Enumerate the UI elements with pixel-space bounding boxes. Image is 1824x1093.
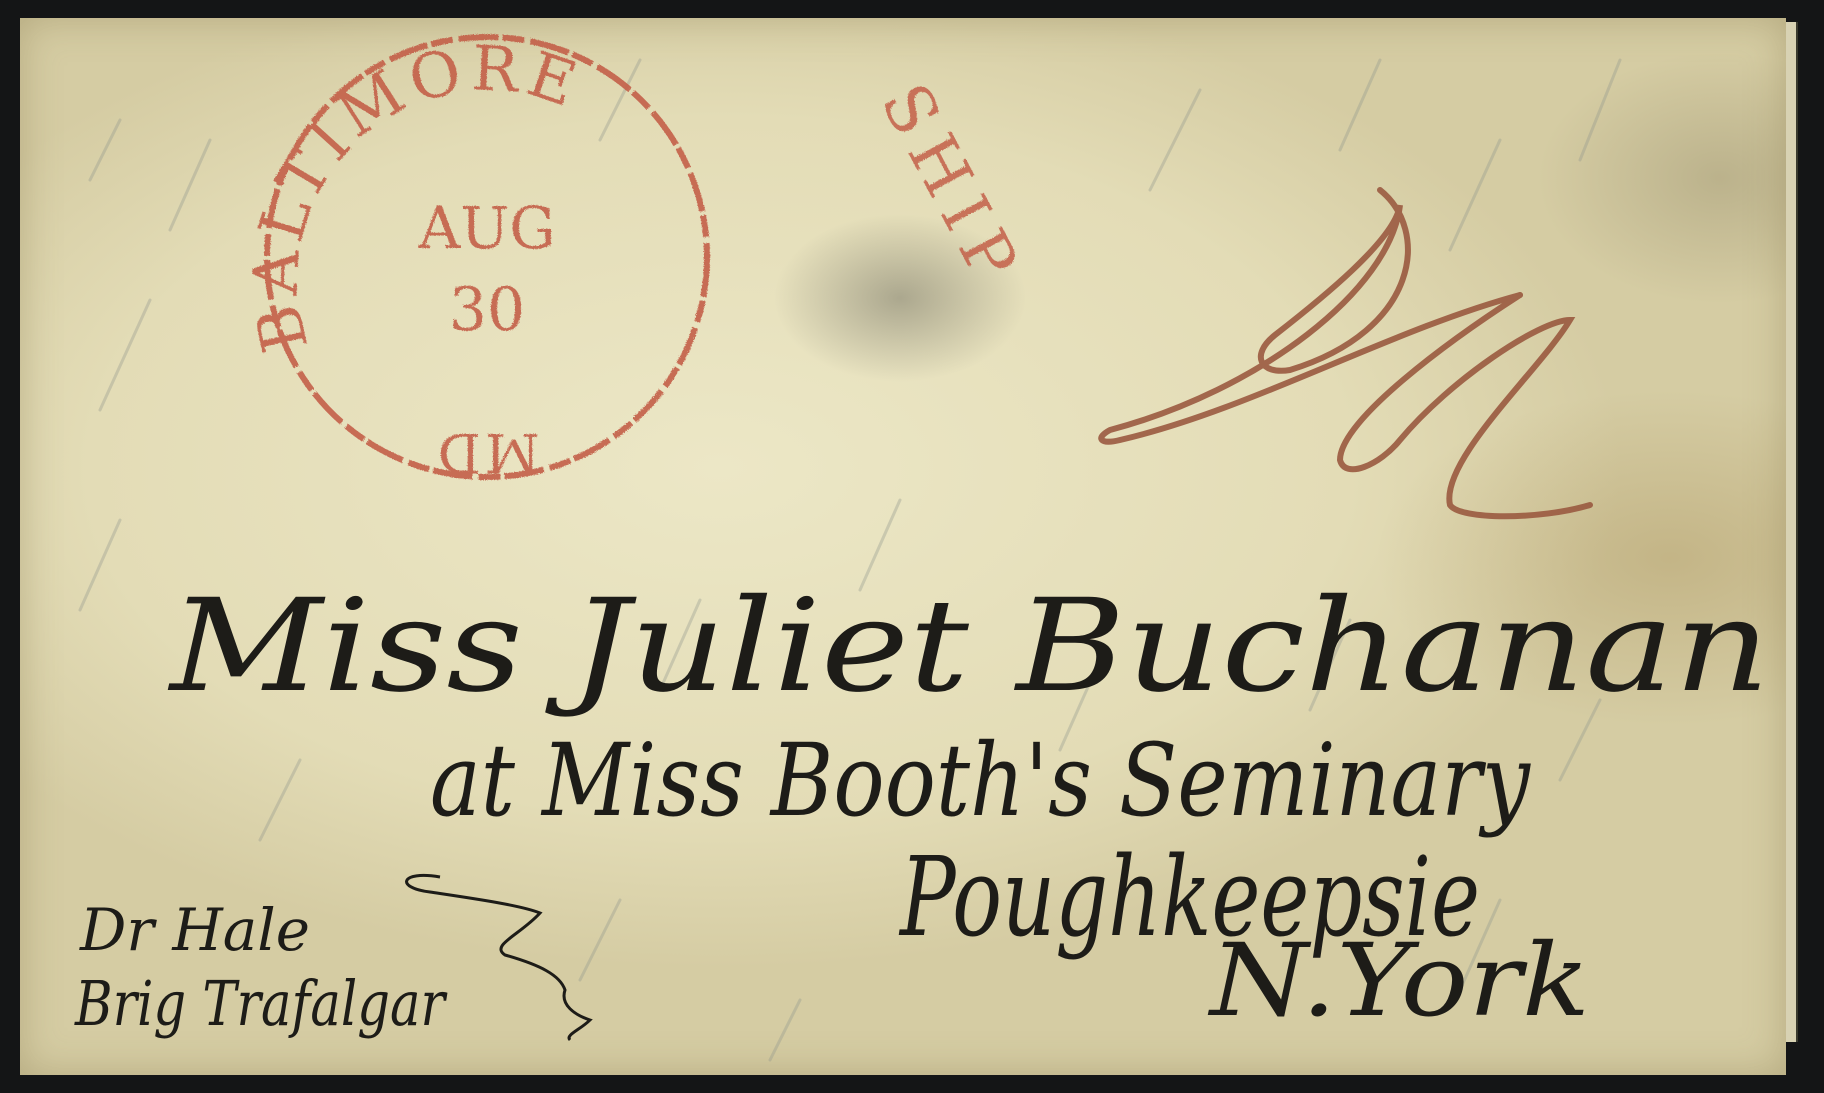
docket-line-2: Brig Trafalgar	[74, 967, 448, 1040]
postmark-month: AUG	[417, 194, 555, 262]
letter-markings: BALTIMORE MD AUG 30 SHIP 20 Miss Juliet …	[0, 0, 1824, 1093]
postmark-state: MD	[434, 421, 541, 484]
docket-notation: Dr Hale Brig Trafalgar	[74, 875, 590, 1040]
ship-text: SHIP	[866, 71, 1038, 303]
baltimore-postmark: BALTIMORE MD AUG 30	[238, 31, 707, 484]
ship-handstamp: SHIP	[866, 71, 1038, 303]
rate-marking	[1101, 190, 1590, 516]
address-line-2: at Miss Booth's Seminary	[430, 722, 1531, 839]
svg-text:MD: MD	[434, 421, 541, 484]
rate-marking-text: 20	[0, 0, 2, 1]
address-line-4: N.York	[1208, 922, 1590, 1039]
postmark-day: 30	[449, 275, 525, 345]
address-line-1: Miss Juliet Buchanan	[168, 572, 1770, 721]
docket-line-1: Dr Hale	[79, 896, 310, 964]
